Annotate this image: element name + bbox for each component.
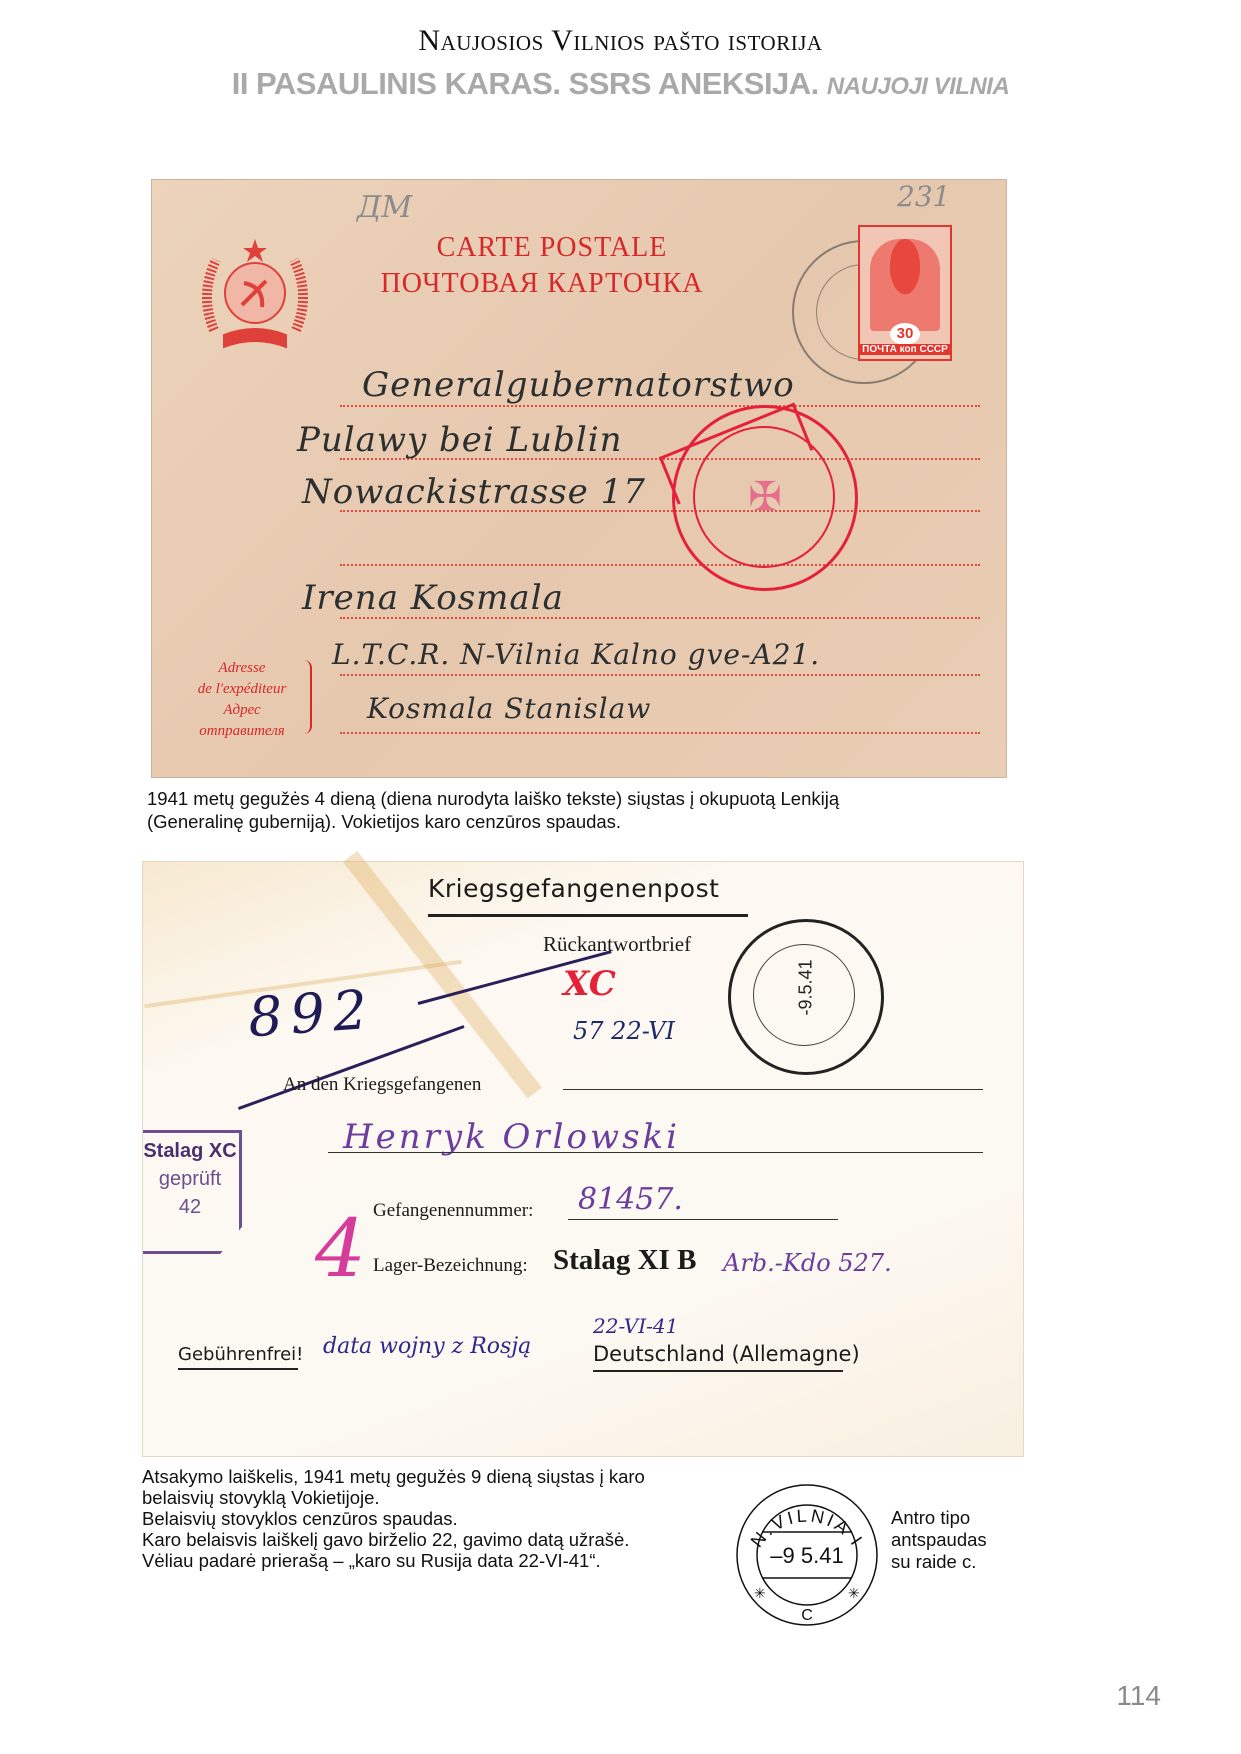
card-subheading: Rückantwortbrief [543, 932, 691, 957]
ornament-icon: ✳ [754, 1585, 766, 1601]
chapter-title: II PASAULINIS KARAS. SSRS ANEKSIJA. NAUJ… [0, 66, 1241, 102]
recipient-label: An den Kriegsgefangenen [283, 1074, 481, 1096]
chapter-place: NAUJOJI VILNIA [827, 73, 1009, 100]
prisoner-number: 81457. [578, 1182, 683, 1217]
number-892: 892 [246, 978, 377, 1050]
pencil-mark: ДМ [357, 190, 412, 225]
camp-censor-text: Stalag XC geprüft 42 [143, 1137, 237, 1221]
camp-name: Stalag XI B [553, 1244, 696, 1277]
handwritten-war-date: 22-VI-41 [593, 1314, 678, 1338]
prisoner-number-label: Gefangenennummer: [373, 1200, 533, 1222]
pow-reply-card-image: Kriegsgefangenenpost Rückantwortbrief XC… [143, 862, 1023, 1456]
handwritten-war-note: data wojny z Rosją [323, 1334, 531, 1359]
title-french: CARTE POSTALE [352, 232, 752, 264]
soviet-postcard-image: ДМ 231 CARTE POSTALE ПОЧТОВАЯ КАРТОЧКА 3… [152, 180, 1006, 777]
sender-label: Adresse de l'expéditeur Адрес отправител… [182, 658, 302, 742]
postage-stamp: 30 ПОЧТА коп СССР [858, 225, 952, 361]
sender-line-1: L.T.C.R. N-Vilnia Kalno gve-A21. [332, 638, 820, 671]
caption-pow-card: Atsakymo laiškelis, 1941 metų gegužės 9 … [142, 1466, 645, 1571]
sender-brace [302, 660, 312, 734]
card-heading: Kriegsgefangenenpost [428, 874, 719, 903]
stamp-inscription: ПОЧТА коп СССР [860, 344, 950, 355]
address-line-4: Irena Kosmala [302, 578, 564, 618]
worker-portrait-icon [870, 239, 940, 331]
postmark-illustration: N.VILNIA I –9 5.41 C ✳ ✳ [732, 1480, 882, 1630]
address-line-1: Generalgubernatorstwo [362, 365, 795, 405]
address-line-3: Nowackistrasse 17 [302, 472, 646, 512]
ussr-emblem-icon [194, 235, 316, 355]
wehrmacht-censor-stamp: ✠ [672, 405, 858, 591]
vilnia-postmark: -9.5.41 [728, 919, 884, 1075]
postmark-letter: C [801, 1607, 813, 1624]
recipient-name: Henryk Orlowski [343, 1117, 680, 1157]
sender-line-2: Kosmala Stanislaw [367, 692, 651, 725]
camp-label: Lager-Bezeichnung: [373, 1255, 528, 1277]
chapter-main: II PASAULINIS KARAS. SSRS ANEKSIJA. [232, 66, 819, 101]
eagle-icon: ✠ [737, 474, 793, 520]
page-number: 114 [1116, 1680, 1161, 1712]
pencil-number: 231 [897, 180, 950, 213]
caption-postmark-type: Antro tipo antspaudas su raide c. [891, 1507, 987, 1573]
caption-postcard: 1941 metų gegužės 4 dieną (diena nurodyt… [147, 787, 839, 833]
ornament-icon: ✳ [848, 1585, 860, 1601]
destination-country: Deutschland (Allemagne) [593, 1342, 860, 1366]
postmark-date: –9 5.41 [770, 1543, 843, 1568]
camp-note: Arb.-Kdo 527. [723, 1249, 892, 1277]
received-note: 57 22-VI [573, 1017, 675, 1045]
address-line-2: Pulawy bei Lublin [297, 420, 623, 460]
stamp-value: 30 [890, 323, 920, 345]
pink-check-mark: 4 [315, 1202, 366, 1295]
book-title: Naujosios Vilnios pašto istorija [0, 24, 1241, 58]
postage-free-label: Gebührenfrei! [178, 1344, 303, 1365]
red-mark: XC [563, 964, 616, 1004]
title-russian: ПОЧТОВАЯ КАРТОЧКА [332, 268, 752, 300]
